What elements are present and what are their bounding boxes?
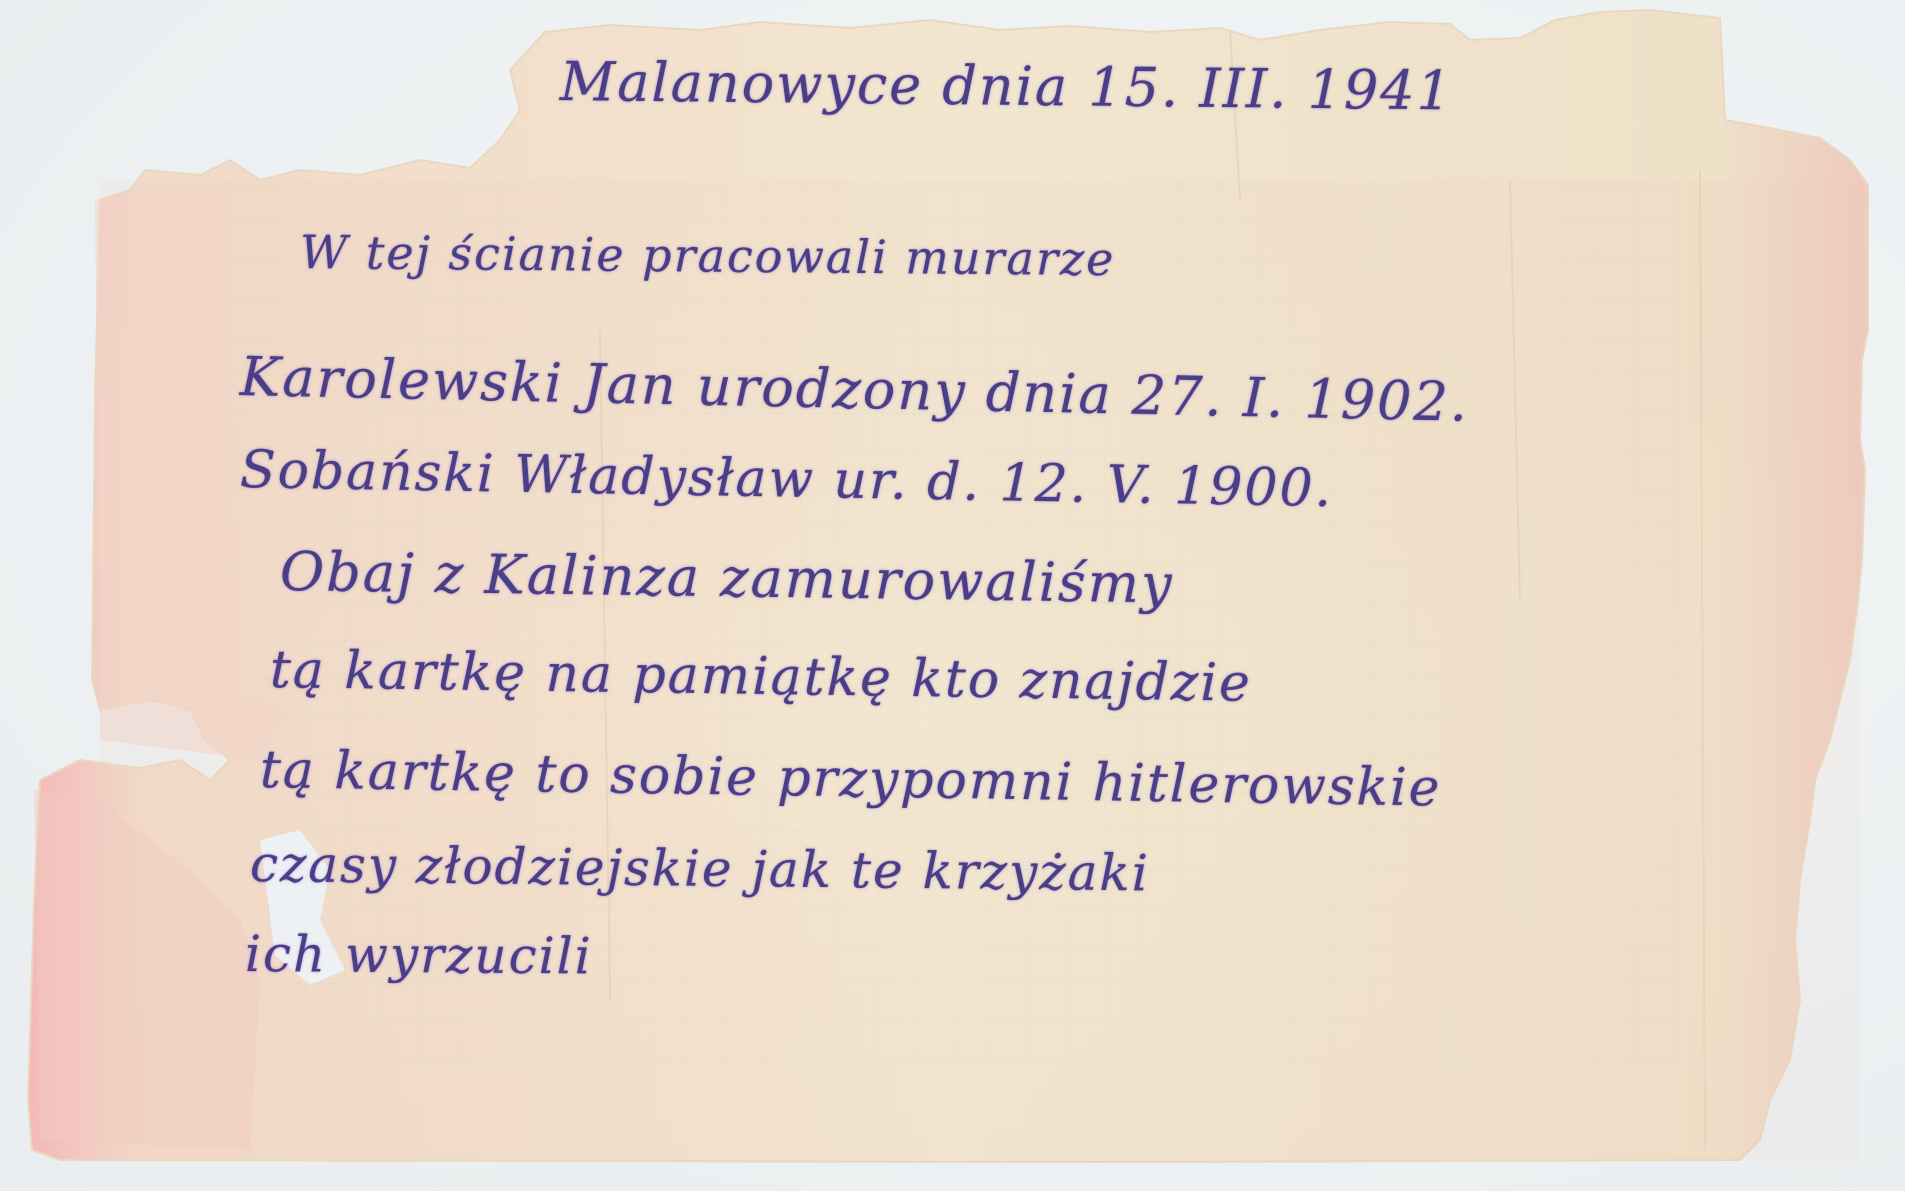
note-line-8: ich wyrzucili (245, 925, 593, 985)
note-line-4: Obaj z Kalinza zamurowaliśmy (280, 540, 1174, 615)
place-date-header: Malanowyce dnia 15. III. 1941 (560, 50, 1454, 122)
torn-paper-note: Malanowyce dnia 15. III. 1941 W tej ścia… (0, 0, 1905, 1191)
note-line-1: W tej ścianie pracowali murarze (300, 225, 1116, 286)
note-line-7: czasy złodziejskie jak te krzyżaki (250, 835, 1150, 902)
